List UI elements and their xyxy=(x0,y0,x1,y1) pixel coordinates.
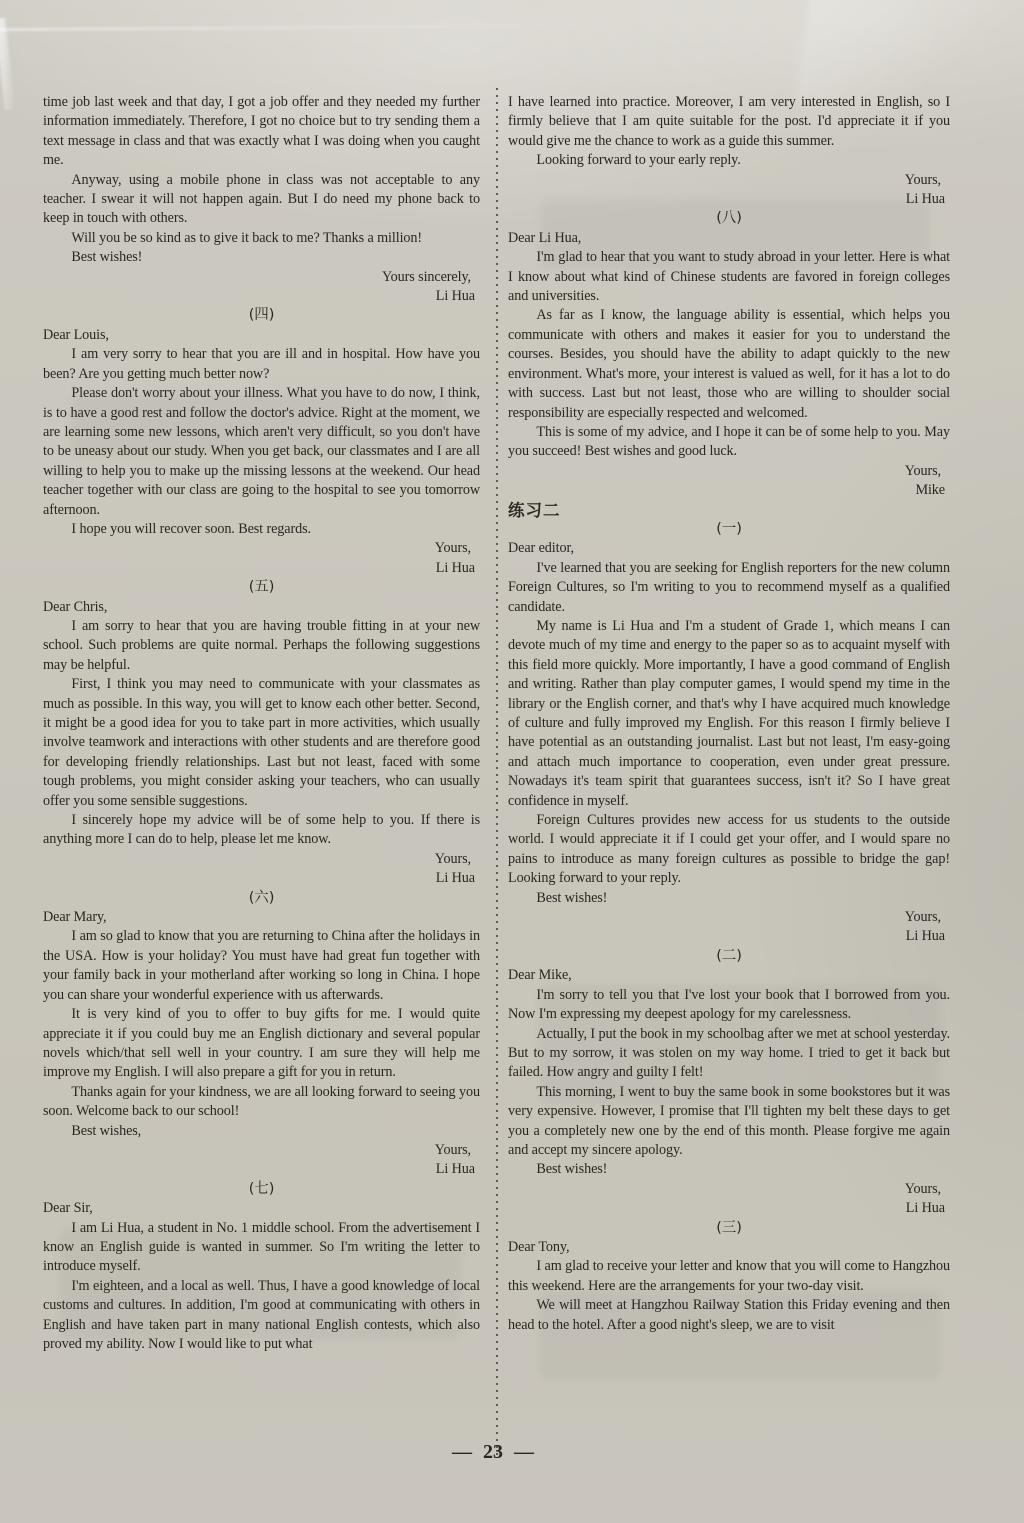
letter-number-heading: (四) xyxy=(43,306,480,325)
letter-number-heading: (六) xyxy=(43,889,480,908)
paragraph: I am Li Hua, a student in No. 1 middle s… xyxy=(43,1219,480,1277)
paper-edge xyxy=(0,18,15,111)
paragraph: Best wishes! xyxy=(43,248,480,267)
paragraph: It is very kind of you to offer to buy g… xyxy=(43,1005,480,1083)
paragraph: Best wishes! xyxy=(508,889,950,908)
paragraph: This morning, I went to buy the same boo… xyxy=(508,1083,950,1161)
signoff-name: Mike xyxy=(508,481,950,500)
letter-number-heading: (五) xyxy=(43,578,480,597)
salutation: Dear Mike, xyxy=(508,966,950,985)
letter-number-heading: (七) xyxy=(43,1180,480,1199)
paragraph: As far as I know, the language ability i… xyxy=(508,306,950,422)
paragraph: I am so glad to know that you are return… xyxy=(43,927,480,1005)
exercise-section-title: 练习二 xyxy=(508,501,950,520)
paragraph: Anyway, using a mobile phone in class wa… xyxy=(43,171,480,229)
paragraph: I am glad to receive your letter and kno… xyxy=(508,1257,950,1296)
letter-number-heading: (一) xyxy=(508,520,950,539)
paragraph: time job last week and that day, I got a… xyxy=(43,93,480,171)
signoff-role: Yours, xyxy=(508,1180,950,1199)
paragraph: I have learned into practice. Moreover, … xyxy=(508,93,950,151)
paragraph: I'm glad to hear that you want to study … xyxy=(508,248,950,306)
signoff-name: Li Hua xyxy=(43,869,480,888)
letter-number-heading: (八) xyxy=(508,209,950,228)
signoff-role: Yours, xyxy=(43,1141,480,1160)
paragraph: Best wishes! xyxy=(508,1160,950,1179)
page-number-value: 23 xyxy=(483,1441,503,1464)
column-divider xyxy=(496,88,498,1460)
paragraph: I hope you will recover soon. Best regar… xyxy=(43,520,480,539)
paragraph: I'm sorry to tell you that I've lost you… xyxy=(508,986,950,1025)
signoff-role: Yours sincerely, xyxy=(43,268,480,287)
paragraph: We will meet at Hangzhou Railway Station… xyxy=(508,1296,950,1335)
signoff-role: Yours, xyxy=(508,171,950,190)
signoff-role: Yours, xyxy=(43,850,480,869)
paragraph: This is some of my advice, and I hope it… xyxy=(508,423,950,462)
paragraph: First, I think you may need to communica… xyxy=(43,675,480,811)
paragraph: I sincerely hope my advice will be of so… xyxy=(43,811,480,850)
page-number-dash-right: — xyxy=(514,1441,534,1464)
signoff-role: Yours, xyxy=(508,462,950,481)
page-number: — 23 — xyxy=(428,1441,558,1464)
salutation: Dear Louis, xyxy=(43,326,480,345)
letter-number-heading: (二) xyxy=(508,947,950,966)
paragraph: Please don't worry about your illness. W… xyxy=(43,384,480,520)
signoff-role: Yours, xyxy=(508,908,950,927)
signoff-name: Li Hua xyxy=(43,287,480,306)
salutation: Dear Chris, xyxy=(43,598,480,617)
salutation: Dear Sir, xyxy=(43,1199,480,1218)
paragraph: My name is Li Hua and I'm a student of G… xyxy=(508,617,950,811)
salutation: Dear editor, xyxy=(508,539,950,558)
page-number-dash-left: — xyxy=(452,1441,472,1464)
signoff-name: Li Hua xyxy=(508,1199,950,1218)
signoff-role: Yours, xyxy=(43,539,480,558)
paragraph: Foreign Cultures provides new access for… xyxy=(508,811,950,889)
right-column: I have learned into practice. Moreover, … xyxy=(508,93,950,1335)
paragraph: I am very sorry to hear that you are ill… xyxy=(43,345,480,384)
paragraph: I've learned that you are seeking for En… xyxy=(508,559,950,617)
paragraph: Thanks again for your kindness, we are a… xyxy=(43,1083,480,1122)
signoff-name: Li Hua xyxy=(508,190,950,209)
paragraph: I'm eighteen, and a local as well. Thus,… xyxy=(43,1277,480,1355)
salutation: Dear Tony, xyxy=(508,1238,950,1257)
paragraph: I am sorry to hear that you are having t… xyxy=(43,617,480,675)
letter-number-heading: (三) xyxy=(508,1219,950,1238)
paragraph: Will you be so kind as to give it back t… xyxy=(43,229,480,248)
salutation: Dear Mary, xyxy=(43,908,480,927)
scanned-book-page: time job last week and that day, I got a… xyxy=(0,0,1024,1523)
signoff-name: Li Hua xyxy=(43,1160,480,1179)
paragraph: Best wishes, xyxy=(43,1122,480,1141)
paragraph: Actually, I put the book in my schoolbag… xyxy=(508,1025,950,1083)
left-column: time job last week and that day, I got a… xyxy=(43,93,480,1354)
signoff-name: Li Hua xyxy=(43,559,480,578)
paper-crease xyxy=(0,24,640,31)
signoff-name: Li Hua xyxy=(508,927,950,946)
paragraph: Looking forward to your early reply. xyxy=(508,151,950,170)
salutation: Dear Li Hua, xyxy=(508,229,950,248)
